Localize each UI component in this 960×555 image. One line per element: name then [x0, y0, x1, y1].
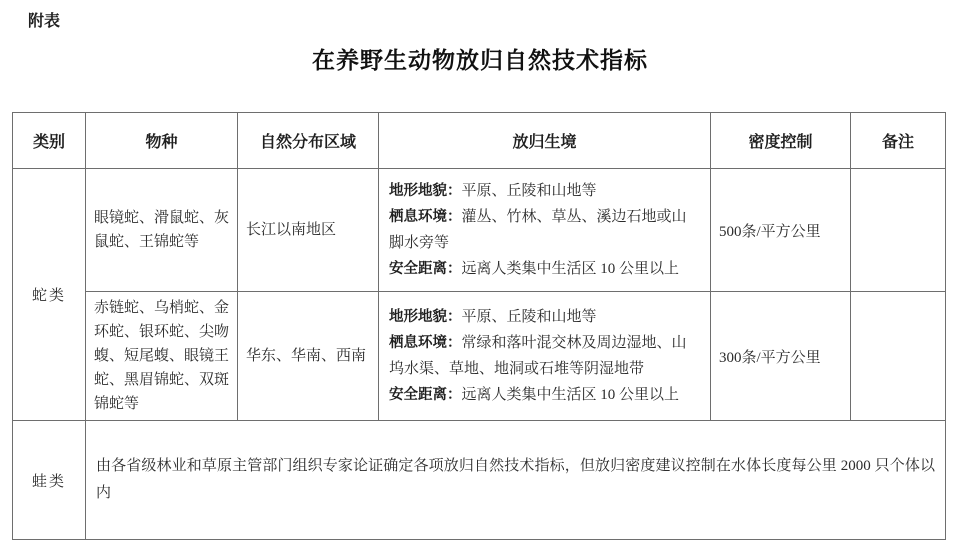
habitat-entry-environment: 栖息环境：常绿和落叶混交林及周边湿地、山坞水渠、草地、地洞或石堆等阴湿地带 [389, 330, 700, 382]
habitat-entry-distance: 安全距离：远离人类集中生活区 10 公里以上 [389, 382, 700, 408]
appendix-label: 附表 [28, 8, 60, 31]
habitat-entry-terrain: 地形地貌：平原、丘陵和山地等 [389, 304, 700, 330]
region-cell: 长江以南地区 [238, 169, 379, 292]
habitat-entry-distance: 安全距离：远离人类集中生活区 10 公里以上 [389, 256, 700, 282]
table-header-row: 类别 物种 自然分布区域 放归生境 密度控制 备注 [13, 113, 946, 169]
header-cell-category: 类别 [13, 113, 86, 169]
header-cell-distribution: 自然分布区域 [238, 113, 379, 169]
density-cell: 500条/平方公里 [711, 169, 851, 292]
habitat-text: 平原、丘陵和山地等 [462, 309, 597, 325]
table-row-snake-1: 蛇类 眼镜蛇、滑鼠蛇、灰鼠蛇、王锦蛇等 长江以南地区 地形地貌：平原、丘陵和山地… [13, 169, 946, 292]
habitat-cell: 地形地貌：平原、丘陵和山地等 栖息环境：灌丛、竹林、草丛、溪边石地或山脚水旁等 … [379, 169, 711, 292]
remark-cell [851, 292, 946, 421]
header-cell-habitat: 放归生境 [379, 113, 711, 169]
density-cell: 300条/平方公里 [711, 292, 851, 421]
species-cell: 眼镜蛇、滑鼠蛇、灰鼠蛇、王锦蛇等 [86, 169, 238, 292]
habitat-cell: 地形地貌：平原、丘陵和山地等 栖息环境：常绿和落叶混交林及周边湿地、山坞水渠、草… [379, 292, 711, 421]
release-indicator-table: 类别 物种 自然分布区域 放归生境 密度控制 备注 蛇类 眼镜蛇、滑鼠蛇、灰鼠蛇… [12, 112, 946, 540]
region-cell: 华东、华南、西南 [238, 292, 379, 421]
species-cell: 赤链蛇、乌梢蛇、金环蛇、银环蛇、尖吻蝮、短尾蝮、眼镜王蛇、黑眉锦蛇、双斑锦蛇等 [86, 292, 238, 421]
habitat-text: 远离人类集中生活区 10 公里以上 [462, 261, 680, 277]
header-cell-remark: 备注 [851, 113, 946, 169]
frog-note-cell: 由各省级林业和草原主管部门组织专家论证确定各项放归自然技术指标，但放归密度建议控… [86, 421, 946, 540]
header-cell-species: 物种 [86, 113, 238, 169]
habitat-label: 栖息环境： [389, 209, 462, 225]
table-row-snake-2: 赤链蛇、乌梢蛇、金环蛇、银环蛇、尖吻蝮、短尾蝮、眼镜王蛇、黑眉锦蛇、双斑锦蛇等 … [13, 292, 946, 421]
habitat-label: 安全距离： [389, 261, 462, 277]
page-title: 在养野生动物放归自然技术指标 [0, 42, 960, 75]
category-cell-frog: 蛙类 [13, 421, 86, 540]
habitat-entry-terrain: 地形地貌：平原、丘陵和山地等 [389, 178, 700, 204]
habitat-label: 安全距离： [389, 387, 462, 403]
habitat-entry-environment: 栖息环境：灌丛、竹林、草丛、溪边石地或山脚水旁等 [389, 204, 700, 256]
header-cell-density: 密度控制 [711, 113, 851, 169]
habitat-text: 远离人类集中生活区 10 公里以上 [462, 387, 680, 403]
habitat-label: 栖息环境： [389, 335, 462, 351]
remark-cell [851, 169, 946, 292]
habitat-label: 地形地貌： [389, 309, 462, 325]
habitat-text: 平原、丘陵和山地等 [462, 183, 597, 199]
document-page: { "page": { "appendix_label": "附表", "tit… [0, 0, 960, 555]
habitat-label: 地形地貌： [389, 183, 462, 199]
category-cell-snake: 蛇类 [13, 169, 86, 421]
table-row-frog: 蛙类 由各省级林业和草原主管部门组织专家论证确定各项放归自然技术指标，但放归密度… [13, 421, 946, 540]
